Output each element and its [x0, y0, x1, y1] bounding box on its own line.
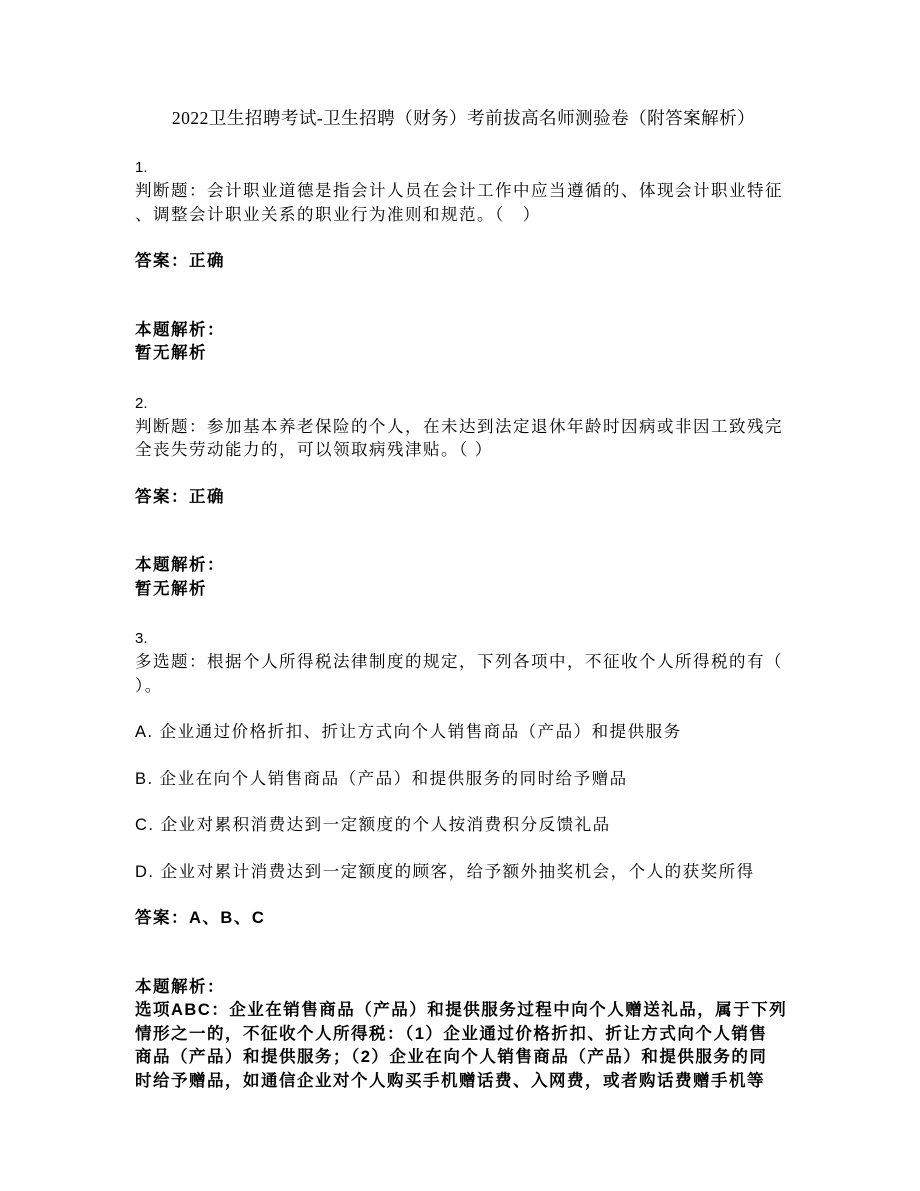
exam-document-page: 2022卫生招聘考试-卫生招聘（财务）考前拔高名师测验卷（附答案解析） 1. 判…	[0, 0, 920, 1191]
question-1-number: 1.	[135, 156, 792, 180]
question-block-1: 1. 判断题：会计职业道德是指会计人员在会计工作中应当遵循的、体现会计职业特征 …	[135, 156, 792, 366]
question-3-analysis-label: 本题解析：	[135, 976, 792, 1000]
question-3-analysis-block: 本题解析： 选项ABC：企业在销售商品（产品）和提供服务过程中向个人赠送礼品，属…	[135, 976, 792, 1094]
question-3-answer-line: 答案：A、B、C	[135, 907, 792, 931]
question-2-analysis-label: 本题解析：	[135, 554, 792, 578]
question-block-3: 3. 多选题：根据个人所得税法律制度的规定，下列各项中，不征收个人所得税的有（ …	[135, 627, 792, 1093]
question-3-option-b: B. 企业在向个人销售商品（产品）和提供服务的同时给予赠品	[135, 768, 792, 792]
question-3-option-a: A. 企业通过价格折扣、折让方式向个人销售商品（产品）和提供服务	[135, 721, 792, 745]
question-2-answer-line: 答案：正确	[135, 486, 792, 510]
question-2-analysis-block: 本题解析： 暂无解析	[135, 554, 792, 601]
document-title: 2022卫生招聘考试-卫生招聘（财务）考前拔高名师测验卷（附答案解析）	[135, 106, 792, 130]
question-3-analysis-text: 选项ABC：企业在销售商品（产品）和提供服务过程中向个人赠送礼品，属于下列 情形…	[135, 999, 792, 1093]
question-3-option-d: D. 企业对累计消费达到一定额度的顾客，给予额外抽奖机会，个人的获奖所得	[135, 861, 792, 885]
question-1-answer-line: 答案：正确	[135, 250, 792, 274]
question-3-stem: 多选题：根据个人所得税法律制度的规定，下列各项中，不征收个人所得税的有（ ）。	[135, 651, 792, 698]
question-1-stem: 判断题：会计职业道德是指会计人员在会计工作中应当遵循的、体现会计职业特征 、调整…	[135, 180, 792, 227]
question-2-analysis-text: 暂无解析	[135, 578, 792, 602]
question-1-analysis-label: 本题解析：	[135, 319, 792, 343]
question-1-analysis-block: 本题解析： 暂无解析	[135, 319, 792, 366]
question-2-stem: 判断题：参加基本养老保险的个人，在未达到法定退休年龄时因病或非因工致残完 全丧失…	[135, 416, 792, 463]
question-3-option-c: C. 企业对累积消费达到一定额度的个人按消费积分反馈礼品	[135, 814, 792, 838]
question-2-number: 2.	[135, 392, 792, 416]
question-block-2: 2. 判断题：参加基本养老保险的个人，在未达到法定退休年龄时因病或非因工致残完 …	[135, 392, 792, 602]
question-3-number: 3.	[135, 627, 792, 651]
question-1-analysis-text: 暂无解析	[135, 342, 792, 366]
